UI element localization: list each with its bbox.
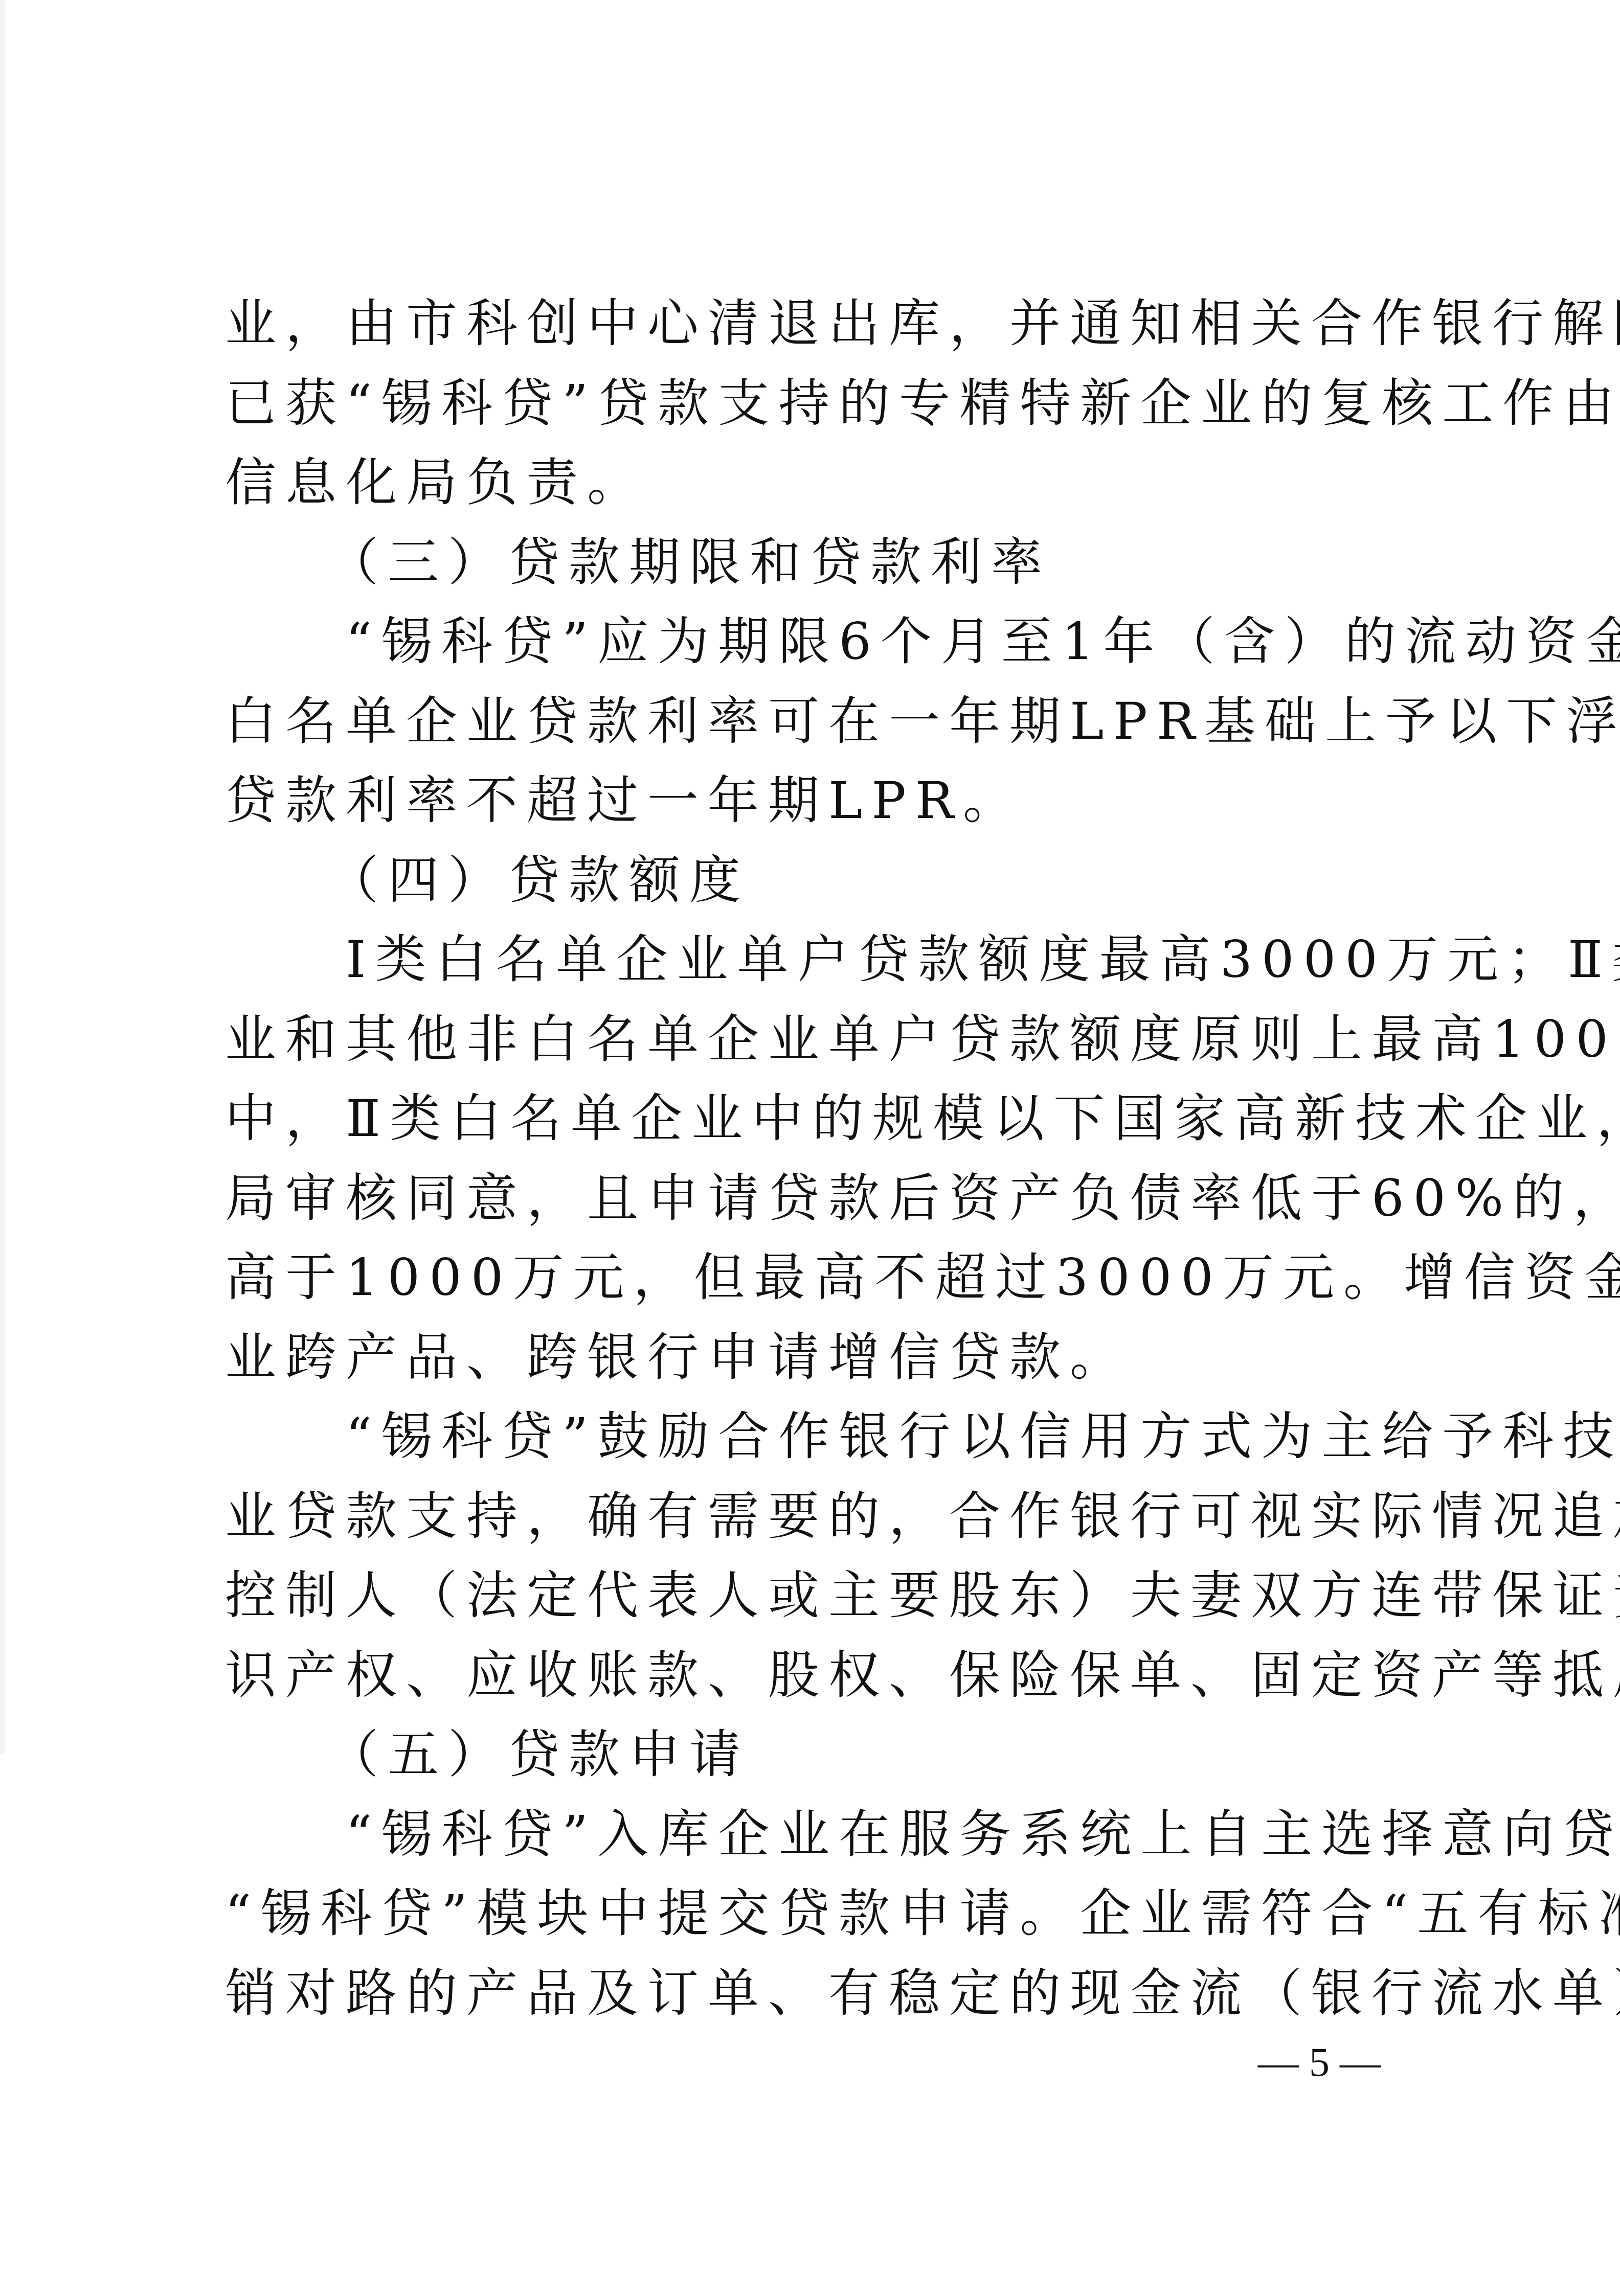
- document-page-body: 业，由市科创中心清退出库，并通知相关合作银行解除增信措施。 已获“锡科贷”贷款支…: [225, 284, 1442, 2033]
- body-line-application-2: “锡科贷”模块中提交贷款申请。企业需符合“五有标准”，即有适: [225, 1874, 1442, 1953]
- body-line-rate: 白名单企业贷款利率可在一年期LPR基础上予以下浮，其他企业: [225, 681, 1442, 761]
- body-line-term: “锡科贷”应为期限6个月至1年（含）的流动资金贷款。Ⅰ类: [225, 602, 1442, 681]
- body-line-review-end: 信息化局负责。: [225, 443, 1442, 522]
- body-line-amount-4: 局审核同意，且申请贷款后资产负债率低于60%的，贷款额度可: [225, 1158, 1442, 1238]
- body-line-credit-2: 业贷款支持，确有需要的，合作银行可视实际情况追加企业实际: [225, 1476, 1442, 1556]
- body-line-review: 已获“锡科贷”贷款支持的专精特新企业的复核工作由市工业和: [225, 363, 1442, 443]
- body-line-amount-1: Ⅰ类白名单企业单户贷款额度最高3000万元；Ⅱ类白名单企: [225, 920, 1442, 999]
- body-line-credit-4: 识产权、应收账款、股权、保险保单、固定资产等抵质押方式。: [225, 1635, 1442, 1715]
- body-line-amount-3: 中，Ⅱ类白名单企业中的规模以下国家高新技术企业，经市科技: [225, 1079, 1442, 1158]
- scan-edge: [0, 0, 5, 1754]
- page-number: — 5 —: [1258, 2040, 1381, 2086]
- section-heading-loan-amount: （四）贷款额度: [225, 840, 1442, 920]
- body-line-rate-end: 贷款利率不超过一年期LPR。: [225, 761, 1442, 840]
- body-line-amount-2: 业和其他非白名单企业单户贷款额度原则上最高1000万元。其: [225, 999, 1442, 1079]
- section-heading-term-and-rate: （三）贷款期限和贷款利率: [225, 522, 1442, 602]
- body-line-credit-1: “锡科贷”鼓励合作银行以信用方式为主给予科技型中小企: [225, 1397, 1442, 1476]
- body-line-application-1: “锡科贷”入库企业在服务系统上自主选择意向贷款银行，在: [225, 1794, 1442, 1874]
- body-line-application-3: 销对路的产品及订单、有稳定的现金流（银行流水单）、有健全: [225, 1953, 1442, 2033]
- body-line-clearance: 业，由市科创中心清退出库，并通知相关合作银行解除增信措施。: [225, 284, 1442, 363]
- section-heading-loan-application: （五）贷款申请: [225, 1715, 1442, 1794]
- body-line-amount-5: 高于1000万元，但最高不超过3000万元。增信资金不支持同一企: [225, 1238, 1442, 1317]
- body-line-credit-3: 控制人（法定代表人或主要股东）夫妻双方连带保证责任，或知: [225, 1556, 1442, 1635]
- body-line-amount-6: 业跨产品、跨银行申请增信贷款。: [225, 1317, 1442, 1397]
